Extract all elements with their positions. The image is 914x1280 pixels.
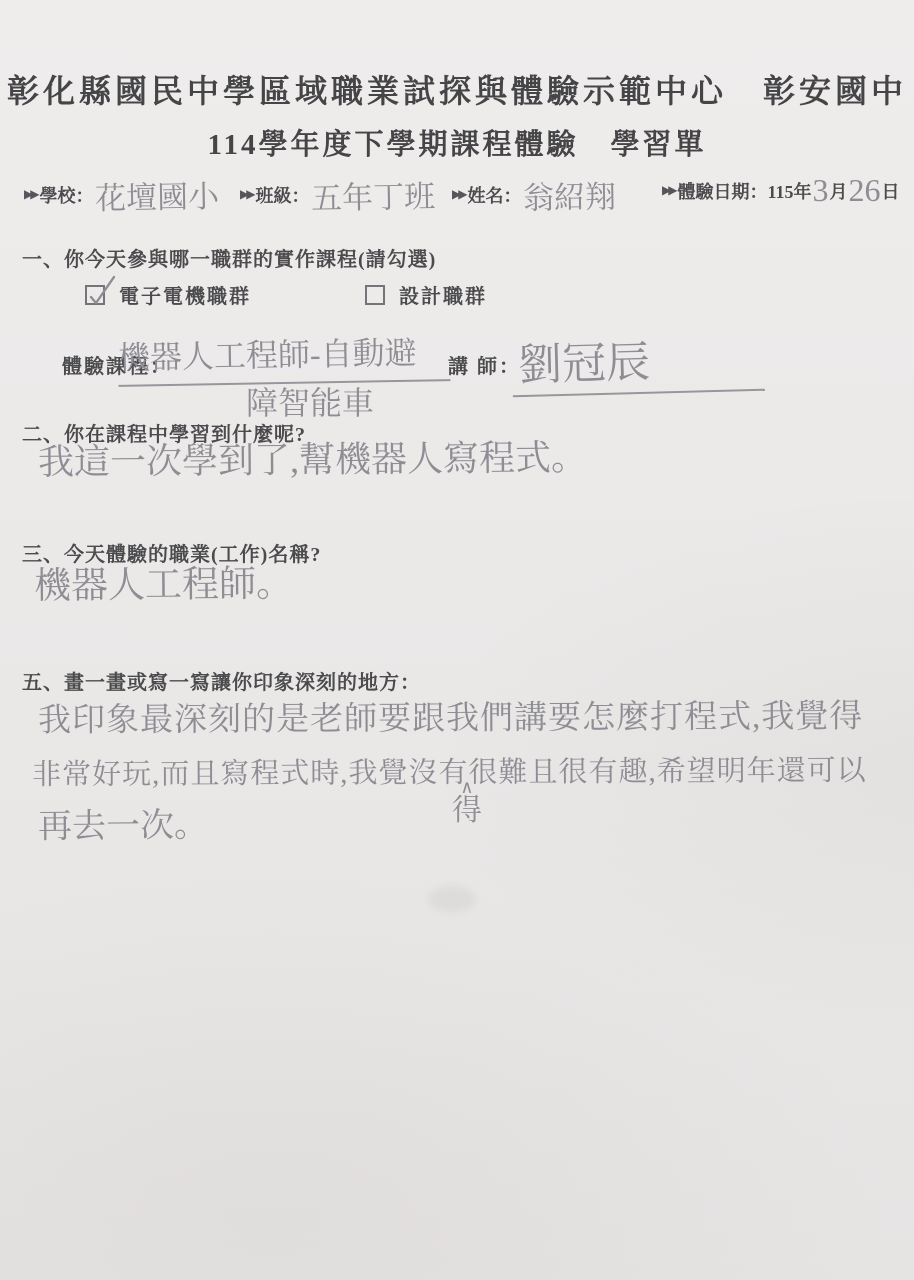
double-arrow-icon: ▶▶ (452, 187, 464, 202)
school-label: 學校： (39, 182, 93, 208)
checkbox-design-unchecked (365, 285, 385, 305)
question2-answer: 我這一次學到了,幫機器人寫程式。 (38, 430, 587, 486)
date-field: ▶▶ 體驗日期： 115年 3 月 26 日 (662, 172, 899, 209)
question5-inserted-correction: ∧ 得 (452, 778, 482, 826)
inserted-character: 得 (452, 796, 482, 826)
student-info-row: ▶▶ 學校： 花壇國小 ▶▶ 班級： 五年丁班 ▶▶ 姓名： 翁紹翔 ▶▶ 體驗… (0, 158, 914, 222)
double-arrow-icon: ▶▶ (662, 183, 674, 198)
date-month-value: 3 (812, 172, 828, 209)
school-value: 花壇國小 (95, 171, 220, 218)
worksheet-title: 114學年度下學期課程體驗 學習單 (0, 122, 914, 163)
checkbox-electronics-checked (85, 285, 105, 305)
question5-answer-line2: 非常好玩,而且寫程式時,我覺沒有很難且很有趣,希望明年還可以 (32, 748, 867, 793)
double-arrow-icon: ▶▶ (240, 187, 252, 202)
name-label: 姓名： (467, 182, 521, 208)
name-value: 翁紹翔 (523, 171, 617, 218)
school-field: ▶▶ 學校： 花壇國小 (24, 172, 219, 217)
option-electronics: 電子電機職群 (85, 280, 251, 309)
class-label: 班級： (255, 182, 309, 208)
option-design: 設計職群 (365, 280, 487, 309)
date-day-value: 26 (848, 172, 880, 209)
instructor-value: 劉冠辰 (511, 323, 765, 398)
date-month-unit: 月 (829, 178, 847, 204)
instructor-label: 講 師： (448, 350, 521, 379)
check-icon (84, 274, 118, 308)
question1-heading: 一、你今天參與哪一職群的實作課程(請勾選) (22, 243, 436, 272)
center-title: 彰化縣國民中學區域職業試探與體驗示範中心 彰安國中 (0, 66, 914, 112)
option-electronics-label: 電子電機職群 (119, 280, 251, 309)
class-field: ▶▶ 班級： 五年丁班 (240, 172, 435, 217)
option-design-label: 設計職群 (399, 280, 487, 309)
worksheet-page: 彰化縣國民中學區域職業試探與體驗示範中心 彰安國中 114學年度下學期課程體驗 … (0, 0, 914, 1280)
name-field: ▶▶ 姓名： 翁紹翔 (452, 172, 616, 217)
double-arrow-icon: ▶▶ (24, 187, 36, 202)
class-value: 五年丁班 (311, 171, 436, 218)
date-label: 體驗日期： (677, 178, 767, 204)
date-day-unit: 日 (881, 178, 899, 204)
question5-heading: 五、畫一畫或寫一寫讓你印象深刻的地方： (22, 666, 421, 695)
pencil-smudge (428, 886, 476, 912)
question5-answer-line3: 再去一次。 (38, 797, 208, 847)
question5-answer-line1: 我印象最深刻的是老師要跟我們講要怎麼打程式,我覺得 (38, 690, 863, 741)
question3-answer: 機器人工程師。 (34, 553, 293, 609)
date-year: 115年 (767, 178, 811, 204)
